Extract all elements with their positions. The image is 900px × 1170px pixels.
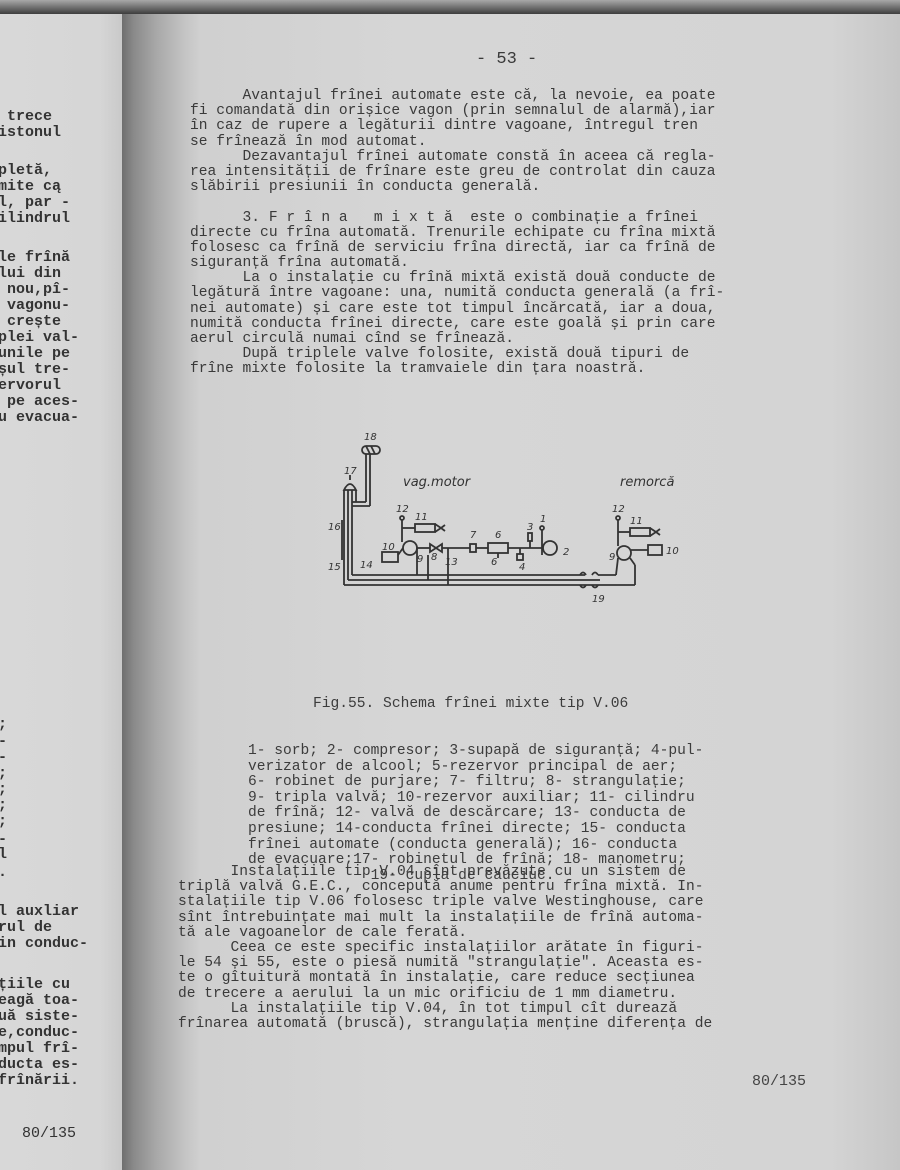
left-page-text-fragment: ducta es- (0, 1057, 79, 1073)
text-line: frînarea automată (bruscă), strangulația… (178, 1017, 838, 1032)
svg-text:12: 12 (396, 504, 409, 515)
left-page-text-fragment: lui din (0, 266, 61, 282)
left-page-text-fragment: pletă, (0, 163, 52, 179)
text-line (190, 195, 850, 210)
brake-cylinder-icon (415, 524, 435, 532)
legend-line: presiune; 14-conducta frînei directe; 15… (248, 822, 808, 838)
svg-text:11: 11 (415, 512, 428, 523)
svg-text:6: 6 (491, 557, 497, 568)
left-page-text-fragment: frînării. (0, 1073, 79, 1089)
left-page-text-fragment: l, par - (0, 195, 70, 211)
svg-text:2: 2 (563, 547, 569, 558)
main-reservoir-icon (488, 543, 508, 553)
text-line: se frînează în mod automat. (190, 135, 850, 150)
svg-text:11: 11 (630, 516, 643, 527)
text-line: tă ale vagoanelor de cale ferată. (178, 926, 838, 941)
body-text-bottom: Instalațiile tip V.04 sînt prevăzute cu … (178, 865, 838, 1032)
text-line: Instalațiile tip V.04 sînt prevăzute cu … (178, 865, 838, 880)
svg-text:3: 3 (527, 522, 533, 533)
left-page-text-fragment: u evacua- (0, 410, 79, 426)
svg-text:12: 12 (612, 504, 625, 515)
left-page-text-fragment: ilindrul (0, 211, 70, 227)
left-page-text-fragment: - (0, 734, 7, 750)
body-text-top: Avantajul frînei automate este că, la ne… (190, 89, 850, 378)
text-line: După triplele valve folosite, există dou… (190, 347, 850, 362)
svg-text:18: 18 (364, 432, 377, 443)
left-page-text-fragment: unile pe (0, 346, 70, 362)
left-page-text-fragment: eagă toa- (0, 993, 79, 1009)
left-page-text-fragment: țiile cu (0, 977, 70, 993)
legend-line: verizator de alcool; 5-rezervor principa… (248, 760, 808, 776)
left-page-text-fragment: ; (0, 814, 7, 830)
left-page-text-fragment: crește (0, 314, 61, 330)
text-line: sînt întrebuințate mai mult la instalați… (178, 911, 838, 926)
left-page-text-fragment: nou,pî- (0, 282, 70, 298)
text-line: de trecere a aerului la un mic orificiu … (178, 987, 838, 1002)
svg-text:17: 17 (344, 466, 357, 477)
text-line: stalațiile tip V.06 folosesc triple valv… (178, 895, 838, 910)
text-line: Ceea ce este specific instalațiilor arăt… (178, 941, 838, 956)
safety-valve-icon (528, 533, 532, 541)
legend-line: 9- tripla valvă; 10-rezervor auxiliar; 1… (248, 791, 808, 807)
legend-line: 1- sorb; 2- compresor; 3-supapă de sigur… (248, 744, 808, 760)
left-page-text-fragment: in conduc- (0, 936, 88, 952)
scan-top-edge (0, 0, 900, 14)
left-page-text-fragment: șul tre- (0, 362, 70, 378)
alcohol-sprayer-icon (517, 554, 523, 560)
left-page-text-fragment: ervorul (0, 378, 61, 394)
text-line: Avantajul frînei automate este că, la ne… (190, 89, 850, 104)
text-line: nei automate) și care este tot timpul în… (190, 302, 850, 317)
left-page-text-fragment: ; (0, 766, 7, 782)
page-number: - 53 - (476, 50, 537, 69)
left-page-text-fragment: mpul frî- (0, 1041, 79, 1057)
svg-text:1: 1 (540, 514, 546, 525)
text-line: Dezavantajul frînei automate constă în a… (190, 150, 850, 165)
left-page-text-fragment: ; (0, 782, 7, 798)
text-line: folosesc ca frînă de serviciu frîna dire… (190, 241, 850, 256)
trailer-triple-valve-icon (617, 546, 631, 560)
left-page-text-fragment: le frînă (0, 250, 70, 266)
left-page-text-fragment: pe aces- (0, 394, 79, 410)
svg-text:4: 4 (519, 562, 525, 573)
svg-text:7: 7 (470, 530, 477, 541)
text-line: fi comandată din orișice vagon (prin sem… (190, 104, 850, 119)
text-line: siguranță frîna automată. (190, 256, 850, 271)
svg-text:19: 19 (592, 594, 605, 605)
legend-line: de frînă; 12- valvă de descărcare; 13- c… (248, 806, 808, 822)
svg-text:16: 16 (328, 522, 341, 533)
left-page-text-fragment: rul de (0, 920, 52, 936)
label-motor-car: vag.motor (403, 475, 472, 490)
legend-line: 6- robinet de purjare; 7- filtru; 8- str… (248, 775, 808, 791)
figure-caption-title: Fig.55. Schema frînei mixte tip V.06 (248, 697, 808, 713)
svg-text:14: 14 (360, 560, 373, 571)
brake-system-diagram: 1817 1615 1413 1211 109 87 66 43 12 19 1… (320, 420, 700, 620)
left-page-text-fragment: e,conduc- (0, 1025, 79, 1041)
text-line: frîne mixte folosite la tramvaiele din ț… (190, 362, 850, 377)
left-page-text-fragment: mite cą (0, 179, 61, 195)
brake-valve-icon (344, 484, 356, 490)
strangulation-icon (430, 544, 442, 552)
svg-text:9: 9 (609, 552, 615, 563)
svg-text:8: 8 (431, 552, 437, 563)
left-page-text-fragment: - (0, 750, 7, 766)
svg-text:9: 9 (417, 554, 423, 565)
svg-text:15: 15 (328, 562, 341, 573)
left-page-text-fragment: ; (0, 798, 7, 814)
page-footer-number: 80/135 (752, 1073, 806, 1090)
triple-valve-icon (403, 541, 417, 555)
left-page-text-fragment: plei val- (0, 330, 79, 346)
filter-icon (470, 544, 476, 552)
text-line: directe cu frîna automată. Trenurile ech… (190, 226, 850, 241)
legend-line: frînei automate (conducta generală); 16-… (248, 838, 808, 854)
left-page-footer: 80/135 (22, 1125, 76, 1142)
compressor-icon (543, 541, 557, 555)
svg-text:6: 6 (495, 530, 501, 541)
text-line: în caz de rupere a legăturii dintre vago… (190, 119, 850, 134)
auxiliary-reservoir-icon (382, 552, 398, 562)
svg-text:10: 10 (382, 542, 395, 553)
left-page-text-fragment: istonul (0, 125, 61, 141)
left-page: treceistonulpletă,mite cąl, par -ilindru… (0, 14, 124, 1170)
text-line: aerul circulă numai cînd se frînează. (190, 332, 850, 347)
left-page-text-fragment: ; (0, 717, 7, 733)
svg-text:10: 10 (666, 546, 679, 557)
svg-text:13: 13 (445, 557, 458, 568)
left-page-text-fragment: . (0, 865, 7, 881)
text-line: rea intensității de frînare este greu de… (190, 165, 850, 180)
text-line: numită conducta frînei directe, care est… (190, 317, 850, 332)
text-line: 3. F r î n a m i x t ă este o combinație… (190, 211, 850, 226)
text-line: La instalațiile tip V.04, în tot timpul … (178, 1002, 838, 1017)
text-line: te o gîtuitură montată în instalație, ca… (178, 971, 838, 986)
left-page-text-fragment: l (0, 847, 7, 863)
left-page-text-fragment: trece (0, 109, 52, 125)
left-page-text-fragment: uă siste- (0, 1009, 79, 1025)
text-line: slăbirii presiunii în conducta generală. (190, 180, 850, 195)
text-line: legătură între vagoane: una, numită cond… (190, 286, 850, 301)
intake-icon (540, 526, 544, 530)
left-page-text-fragment: vagonu- (0, 298, 70, 314)
text-line: le 54 și 55, este o piesă numită "strang… (178, 956, 838, 971)
label-trailer: remorcă (620, 475, 674, 490)
left-page-text-fragment: l auxliar (0, 904, 79, 920)
text-line: triplă valvă G.E.C., concepută anume pen… (178, 880, 838, 895)
text-line: La o instalație cu frînă mixtă există do… (190, 271, 850, 286)
